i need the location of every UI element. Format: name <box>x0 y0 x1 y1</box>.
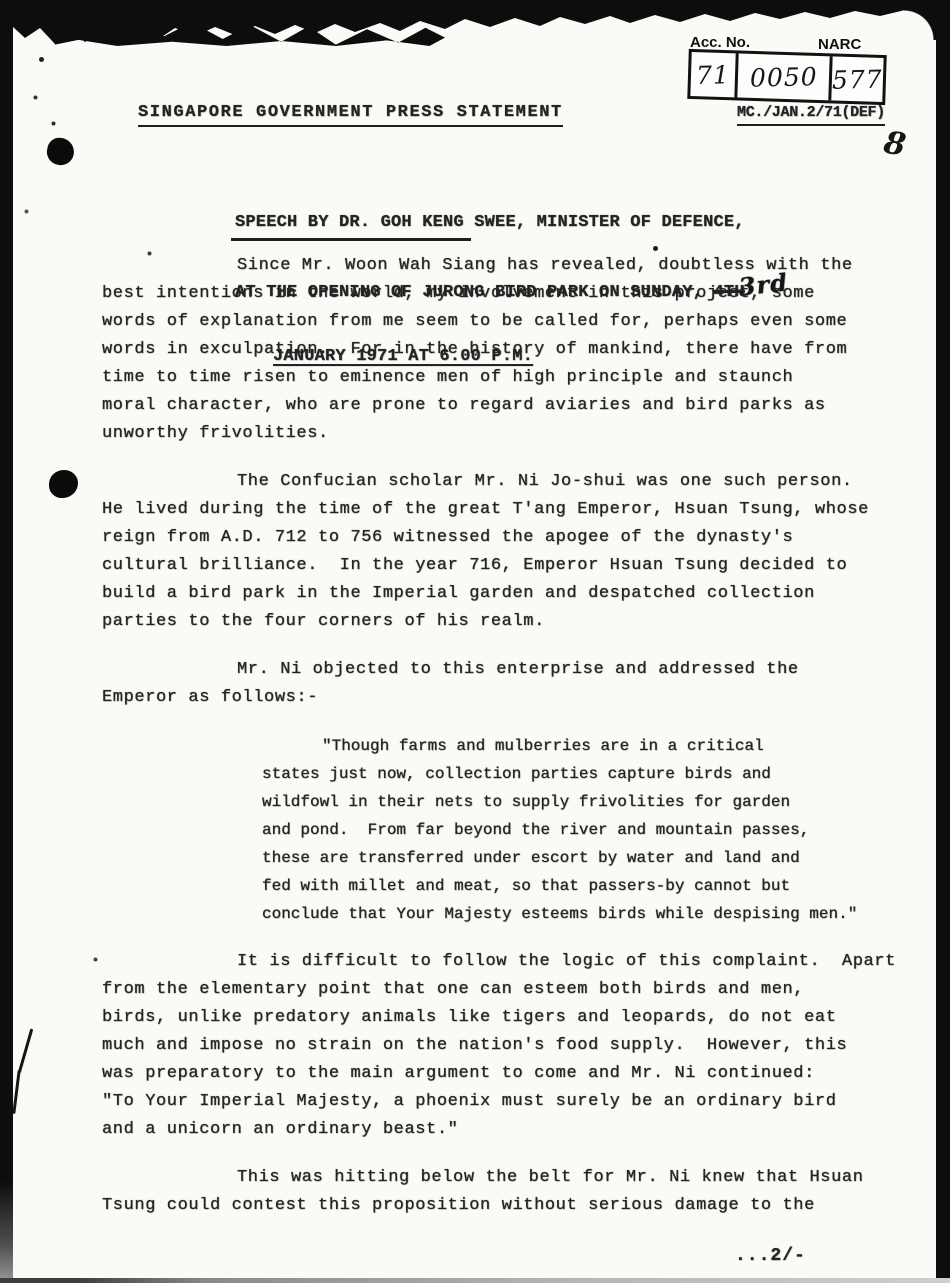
paragraph: Since Mr. Woon Wah Siang has revealed, d… <box>102 252 864 448</box>
text-line: He lived during the time of the great T'… <box>102 496 864 524</box>
text-line: This was hitting below the belt for Mr. … <box>102 1164 864 1192</box>
scanned-document-page: Acc. No. NARC 71 0050 577 SINGAPORE GOVE… <box>0 0 950 1283</box>
text-line: moral character, who are prone to regard… <box>102 392 864 420</box>
page-continuation-mark: ...2/- <box>735 1246 806 1266</box>
scan-edge-bottom <box>0 1278 950 1283</box>
text-line: Tsung could contest this proposition wit… <box>102 1192 864 1220</box>
accession-stamp: 71 0050 577 <box>687 49 886 105</box>
text-line: unworthy frivolities. <box>102 420 864 448</box>
hole-punch-mark <box>49 470 78 498</box>
text-line: The Confucian scholar Mr. Ni Jo-shui was… <box>102 468 864 496</box>
text-line: best intentions in the world, my involve… <box>102 280 864 308</box>
stamp-cell-year: 71 <box>690 52 738 97</box>
heading-line: SPEECH BY DR. GOH KENG SWEE, MINISTER OF… <box>235 212 788 234</box>
text-line: much and impose no strain on the nation'… <box>102 1032 864 1060</box>
text-line: from the elementary point that one can e… <box>102 976 864 1004</box>
paragraph: Mr. Ni objected to this enterprise and a… <box>102 656 864 712</box>
scan-edge-left <box>0 0 13 1283</box>
text-line: Mr. Ni objected to this enterprise and a… <box>102 656 864 684</box>
text-line: wildfowl in their nets to supply frivoli… <box>262 788 864 816</box>
text-line: words in exculpation. For in the history… <box>102 336 864 364</box>
document-series-title: SINGAPORE GOVERNMENT PRESS STATEMENT <box>138 103 563 127</box>
handwritten-value: 577 <box>832 64 883 94</box>
reference-number: MC./JAN.2/71(DEF) <box>737 104 885 126</box>
paragraph: It is difficult to follow the logic of t… <box>102 948 864 1144</box>
text-line: conclude that Your Majesty esteems birds… <box>262 900 864 928</box>
text-line: build a bird park in the Imperial garden… <box>102 580 864 608</box>
scan-noise-speckles <box>0 0 3 3</box>
handwritten-value: 71 <box>696 60 730 90</box>
stamp-cell-acc-number: 0050 <box>737 53 833 100</box>
text-line: parties to the four corners of his realm… <box>102 608 864 636</box>
text-line: It is difficult to follow the logic of t… <box>102 948 864 976</box>
text-line: and pond. From far beyond the river and … <box>262 816 864 844</box>
pen-mark <box>18 1028 34 1073</box>
stamp-cell-narc-number: 577 <box>832 56 884 102</box>
hole-punch-mark <box>44 135 76 167</box>
text-line: birds, unlike predatory animals like tig… <box>102 1004 864 1032</box>
paragraph: This was hitting below the belt for Mr. … <box>102 1164 864 1220</box>
handwritten-value: 0050 <box>749 62 817 92</box>
scan-edge-right <box>936 0 950 1283</box>
heading-underline <box>231 238 471 241</box>
text-line: states just now, collection parties capt… <box>262 760 864 788</box>
text-line: cultural brilliance. In the year 716, Em… <box>102 552 864 580</box>
text-line: Emperor as follows:- <box>102 684 864 712</box>
text-line: words of explanation from me seem to be … <box>102 308 864 336</box>
text-line: and a unicorn an ordinary beast." <box>102 1116 864 1144</box>
page-corner-curve <box>904 8 936 40</box>
text-line: time to time risen to eminence men of hi… <box>102 364 864 392</box>
stamp-narc-label: NARC <box>818 36 861 53</box>
text-line: fed with millet and meat, so that passer… <box>262 872 864 900</box>
text-line: these are transferred under escort by wa… <box>262 844 864 872</box>
paragraph: The Confucian scholar Mr. Ni Jo-shui was… <box>102 468 864 636</box>
text-line: Since Mr. Woon Wah Siang has revealed, d… <box>102 252 864 280</box>
text-line: "To Your Imperial Majesty, a phoenix mus… <box>102 1088 864 1116</box>
speech-body: Since Mr. Woon Wah Siang has revealed, d… <box>102 252 864 1240</box>
handwritten-page-number: 8 <box>881 125 908 164</box>
text-line: reign from A.D. 712 to 756 witnessed the… <box>102 524 864 552</box>
text-line: was preparatory to the main argument to … <box>102 1060 864 1088</box>
text-line: "Though farms and mulberries are in a cr… <box>262 732 864 760</box>
quoted-passage: "Though farms and mulberries are in a cr… <box>262 732 864 928</box>
pen-mark <box>12 1070 20 1114</box>
